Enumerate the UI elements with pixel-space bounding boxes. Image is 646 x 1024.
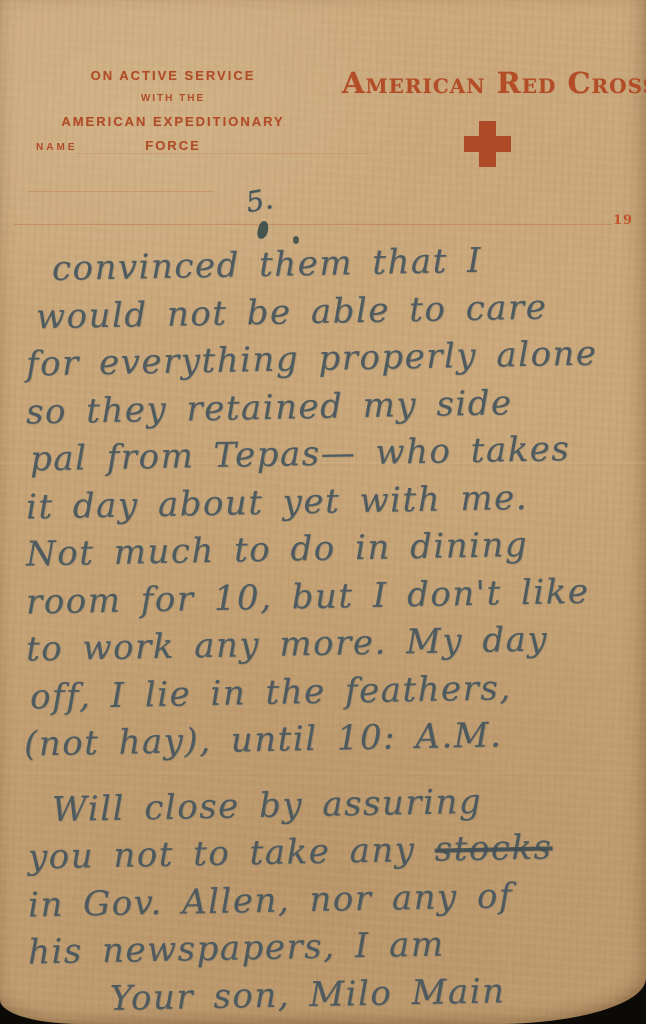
service-block: ON ACTIVE SERVICE WITH THE AMERICAN EXPE… bbox=[40, 64, 306, 158]
service-line-2: WITH THE bbox=[40, 88, 306, 110]
name-label: NAME bbox=[36, 142, 77, 153]
page-number: 5. bbox=[243, 182, 275, 219]
letter-line-text: Your son, Milo Main bbox=[110, 971, 506, 1019]
letter-body: convinced them that Iwould not be able t… bbox=[0, 247, 646, 1024]
red-cross-icon bbox=[464, 121, 511, 167]
letter-line-text: you not to take any bbox=[28, 830, 436, 878]
letter-line-text: (not hay), until 10: A.M. bbox=[24, 715, 503, 764]
letter-line-text: for everything properly alone bbox=[26, 334, 598, 385]
brand-title: American Red Cross bbox=[342, 66, 642, 100]
letter-line-text: so they retained my side bbox=[26, 383, 513, 432]
letter-line-text: pal from Tepas— who takes bbox=[30, 429, 571, 479]
letter-line-text: room for 10, but I don't like bbox=[26, 571, 590, 622]
service-line-1: ON ACTIVE SERVICE bbox=[40, 64, 306, 88]
letter-line-text: Not much to do in dining bbox=[26, 525, 529, 575]
red-cross-horizontal-bar bbox=[464, 136, 511, 152]
letter-line-text: convinced them that I bbox=[52, 241, 483, 289]
letter-line-text: would not be able to care bbox=[36, 287, 548, 337]
letter-page: ON ACTIVE SERVICE WITH THE AMERICAN EXPE… bbox=[0, 0, 646, 1024]
letter-line-text: it day about yet with me. bbox=[26, 477, 529, 527]
address-rule bbox=[28, 191, 214, 192]
service-line-3: AMERICAN EXPEDITIONARY FORCE bbox=[40, 110, 306, 158]
letter-line-text: in Gov. Allen, nor any of bbox=[28, 876, 514, 925]
letter-line-text: to work any more. My day bbox=[26, 619, 549, 669]
date-rule bbox=[14, 224, 612, 225]
name-rule bbox=[76, 153, 372, 154]
letter-line-text: Will close by assuring bbox=[52, 781, 483, 829]
struck-word: stocks bbox=[434, 827, 552, 869]
letter-line-text: off, I lie in the feathers, bbox=[30, 668, 512, 717]
letter-line-text: his newspapers, I am bbox=[28, 924, 445, 972]
year-prefix: 19 bbox=[613, 213, 633, 228]
